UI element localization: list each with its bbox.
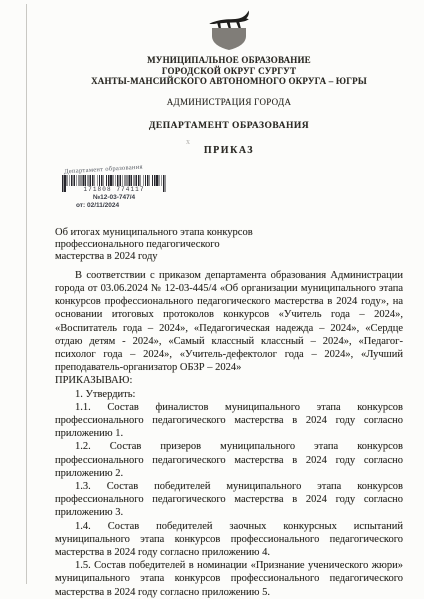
registration-stamp: Департамент образования 171808 774117 №1… — [62, 166, 178, 214]
department-title: ДЕПАРТАМЕНТ ОБРАЗОВАНИЯ — [55, 121, 403, 131]
shield-icon — [211, 27, 247, 51]
order-item-1-5: 1.5. Состав победителей в номинации «При… — [55, 559, 403, 599]
document-subject: Об итогах муниципального этапа конкурсов… — [55, 227, 403, 264]
order-item-1-2: 1.2. Состав призеров муниципального этап… — [55, 440, 403, 480]
order-item-1-4: 1.4. Состав победителей заочных конкурсн… — [55, 520, 403, 560]
order-item-1-3: 1.3. Состав победителей муниципального э… — [55, 480, 403, 520]
document-page: х МУНИЦИПАЛЬНОЕ ОБРАЗОВАНИЕ ГОРОДСКОЙ ОК… — [0, 0, 424, 599]
stamp-department-label: Департамент образования — [64, 163, 143, 175]
order-item-1-1: 1.1. Состав финалистов муниципального эт… — [55, 401, 403, 441]
stamp-registration-date: от: 02/11/2024 — [76, 202, 119, 209]
stamp-registration-number: №12-03-747/4 — [62, 194, 166, 201]
scan-artifact-mark: х — [186, 137, 190, 146]
municipality-line-1: МУНИЦИПАЛЬНОЕ ОБРАЗОВАНИЕ — [55, 55, 403, 66]
preamble-paragraph: В соответствии с приказом департамента о… — [55, 269, 403, 375]
approve-clause: 1. Утвердить: — [55, 388, 403, 401]
municipality-line-3: ХАНТЫ-МАНСИЙСКОГО АВТОНОМНОГО ОКРУГА – Ю… — [55, 76, 403, 87]
document-header: МУНИЦИПАЛЬНОЕ ОБРАЗОВАНИЕ ГОРОДСКОЙ ОКРУ… — [55, 10, 403, 156]
resolution-word: ПРИКАЗЫВАЮ: — [55, 374, 403, 387]
scan-edge-line — [26, 4, 27, 584]
barcode-digits: 171808 774117 — [66, 186, 162, 193]
municipality-name-block: МУНИЦИПАЛЬНОЕ ОБРАЗОВАНИЕ ГОРОДСКОЙ ОКРУ… — [55, 55, 403, 87]
municipality-line-2: ГОРОДСКОЙ ОКРУГ СУРГУТ — [55, 66, 403, 77]
document-body: В соответствии с приказом департамента о… — [55, 269, 403, 599]
subject-line-2: профессионального педагогического — [55, 239, 403, 251]
subject-line-3: мастерства в 2024 году — [55, 251, 403, 263]
administration-title: АДМИНИСТРАЦИЯ ГОРОДА — [55, 97, 403, 107]
document-type-title: ПРИКАЗ — [55, 145, 403, 156]
surgut-coat-of-arms — [207, 10, 251, 51]
subject-line-1: Об итогах муниципального этапа конкурсов — [55, 227, 403, 239]
